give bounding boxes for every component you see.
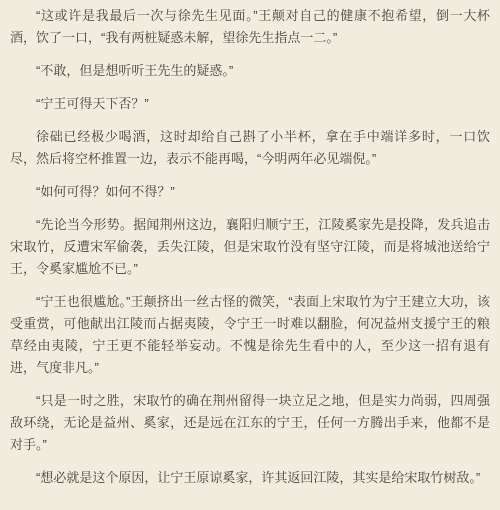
paragraph: “不敢，但是想听听王先生的疑惑。” xyxy=(10,60,490,82)
paragraph: “只是一时之胜，宋取竹的确在荆州留得一块立足之地，但是实力尚弱，四周强敌环绕，无… xyxy=(10,390,490,456)
reader-page[interactable]: “这或许是我最后一次与徐先生见面。”王颠对自己的健康不抱希望，倒一大杯酒，饮了一… xyxy=(0,0,500,510)
paragraph: “先论当今形势。据闻荆州这边，襄阳归顺宁王，江陵奚家先是投降，发兵追击宋取竹，反… xyxy=(10,214,490,280)
paragraph: “想必就是这个原因，让宁王原谅奚家，许其返回江陵，其实是给宋取竹树敌。” xyxy=(10,467,490,489)
paragraph: “这或许是我最后一次与徐先生见面。”王颠对自己的健康不抱希望，倒一大杯酒，饮了一… xyxy=(10,5,490,49)
paragraph: “如何可得？如何不得？” xyxy=(10,181,490,203)
paragraph: “宁王可得天下否？” xyxy=(10,93,490,115)
paragraph: “宁王也很尴尬。”王颠挤出一丝古怪的微笑，“表面上宋取竹为宁王建立大功，该受重赏… xyxy=(10,291,490,379)
paragraph: 徐础已经极少喝酒，这时却给自己斟了小半杯，拿在手中端详多时，一口饮尽，然后将空杯… xyxy=(10,126,490,170)
